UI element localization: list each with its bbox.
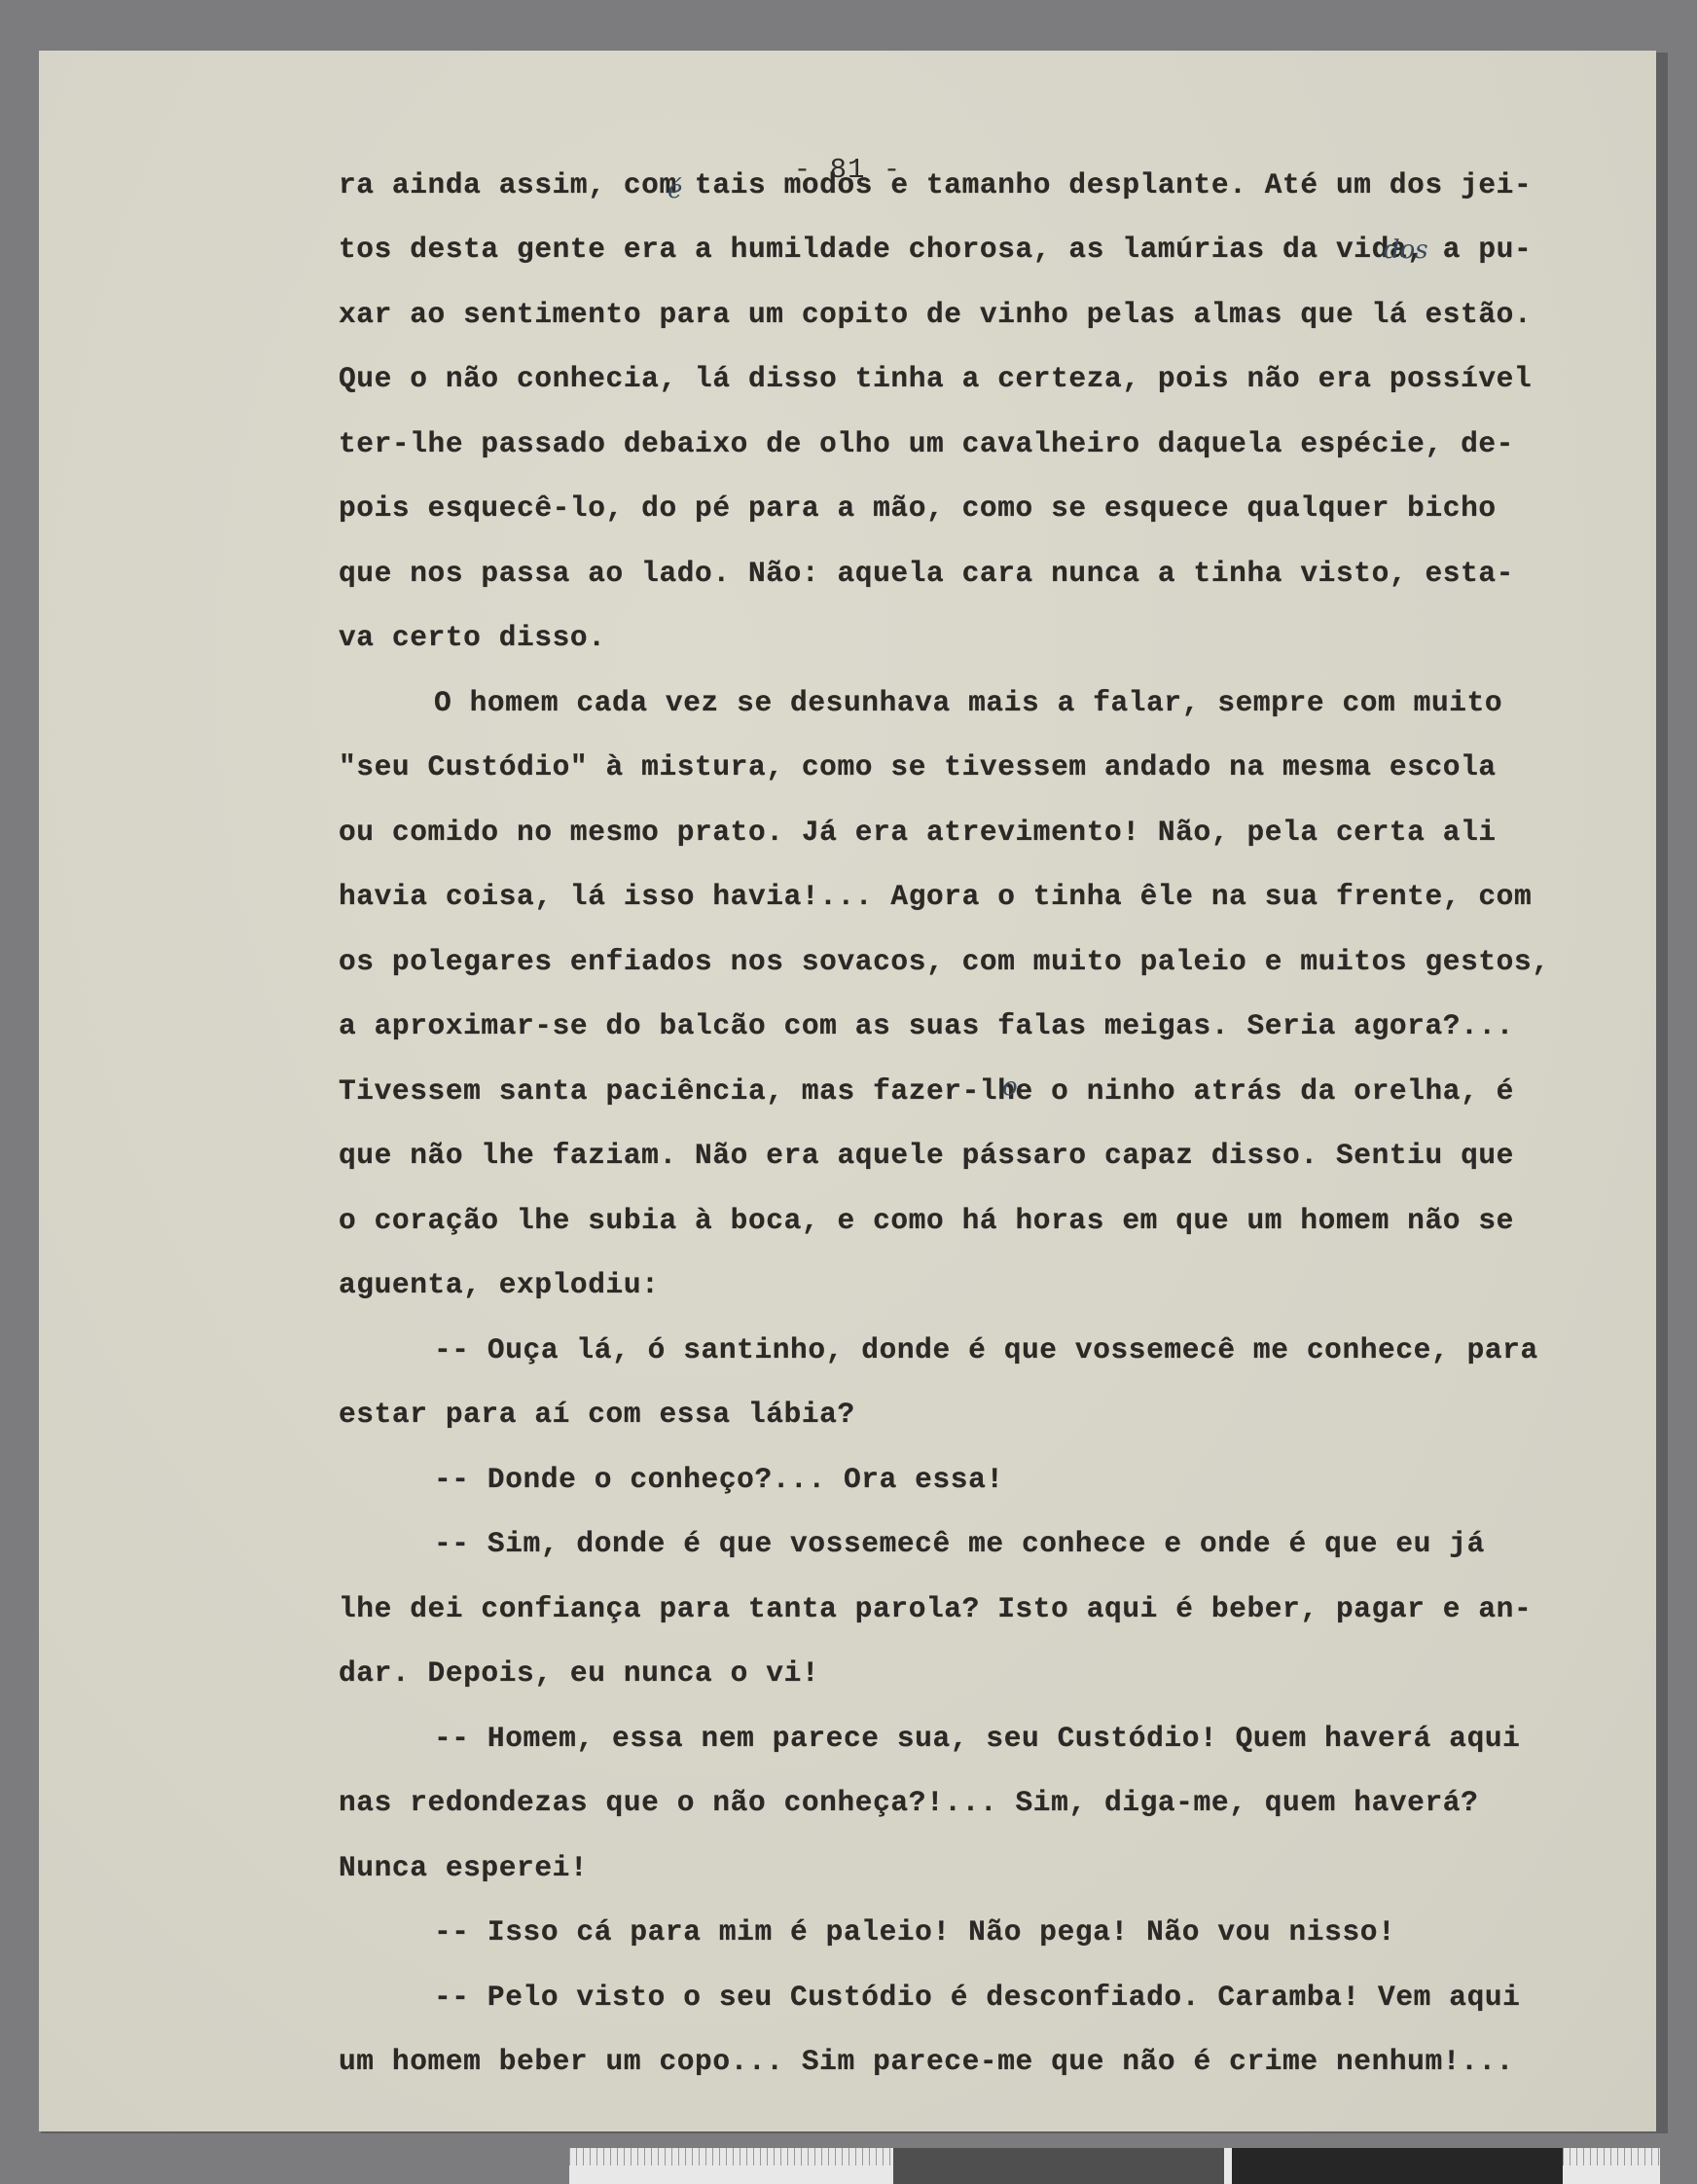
- color-patch-dark-gray: [893, 2148, 1224, 2184]
- scale-ruler-white-right: [1563, 2148, 1660, 2184]
- text-line: que não lhe faziam. Não era aquele pássa…: [339, 1139, 1514, 1172]
- text-line: lhe dei confiança para tanta parola? Ist…: [339, 1592, 1532, 1625]
- text-line: Nunca esperei!: [339, 1851, 588, 1884]
- text-line: estar para aí com essa lábia?: [339, 1398, 855, 1431]
- text-line: ter-lhe passado debaixo de olho um caval…: [339, 427, 1514, 460]
- text-line: Que o não conhecia, lá disso tinha a cer…: [339, 362, 1532, 395]
- scale-ruler-white: [569, 2148, 893, 2184]
- text-line: Tivessem santa paciência, mas fazer-lhe …: [339, 1074, 1514, 1108]
- dialogue-line: -- Donde o conheço?... Ora essa!: [434, 1463, 1004, 1496]
- paragraph-start-line: O homem cada vez se desunhava mais a fal…: [434, 686, 1502, 719]
- text-line: pois esquecê-lo, do pé para a mão, como …: [339, 491, 1497, 525]
- dialogue-line: -- Isso cá para mim é paleio! Não pega! …: [434, 1915, 1395, 1948]
- dialogue-line: -- Sim, donde é que vossemecê me conhece…: [434, 1527, 1485, 1560]
- text-line: dar. Depois, eu nunca o vi!: [339, 1656, 819, 1690]
- text-line: que nos passa ao lado. Não: aquela cara …: [339, 557, 1514, 590]
- text-line: ra ainda assim, com tais modos e tamanho…: [339, 168, 1532, 201]
- color-patch-black: [1232, 2148, 1563, 2184]
- ruler-ticks: [1563, 2148, 1660, 2166]
- typewritten-page: - 81 - ra ainda assim, com tais modos e …: [39, 51, 1656, 2131]
- text-line: va certo disso.: [339, 621, 606, 654]
- text-line: aguenta, explodiu:: [339, 1268, 659, 1301]
- text-line: os polegares enfiados nos sovacos, com m…: [339, 945, 1550, 978]
- text-line: "seu Custódio" à mistura, como se tivess…: [339, 750, 1497, 783]
- text-line: a aproximar-se do balcão com as suas fal…: [339, 1009, 1514, 1042]
- text-line: tos desta gente era a humildade chorosa,…: [339, 233, 1532, 266]
- ruler-ticks: [569, 2148, 893, 2166]
- text-line: nas redondezas que o não conheça?!... Si…: [339, 1786, 1478, 1819]
- text-line: havia coisa, lá isso havia!... Agora o t…: [339, 880, 1532, 913]
- text-line: o coração lhe subia à boca, e como há ho…: [339, 1204, 1514, 1237]
- text-line: ou comido no mesmo prato. Já era atrevim…: [339, 816, 1497, 849]
- color-patch-white-strip: [1224, 2148, 1232, 2184]
- dialogue-line: -- Homem, essa nem parece sua, seu Custó…: [434, 1722, 1520, 1755]
- handwritten-correction-o: o: [1002, 1073, 1018, 1102]
- dialogue-line: -- Ouça lá, ó santinho, donde é que voss…: [434, 1333, 1538, 1366]
- text-line: um homem beber um copo... Sim parece-me …: [339, 2045, 1514, 2078]
- text-line: xar ao sentimento para um copito de vinh…: [339, 298, 1532, 331]
- handwritten-correction-e: é: [668, 175, 682, 204]
- handwritten-insertion-dos: dos: [1384, 236, 1428, 265]
- dialogue-line: -- Pelo visto o seu Custódio é desconfia…: [434, 1981, 1520, 2014]
